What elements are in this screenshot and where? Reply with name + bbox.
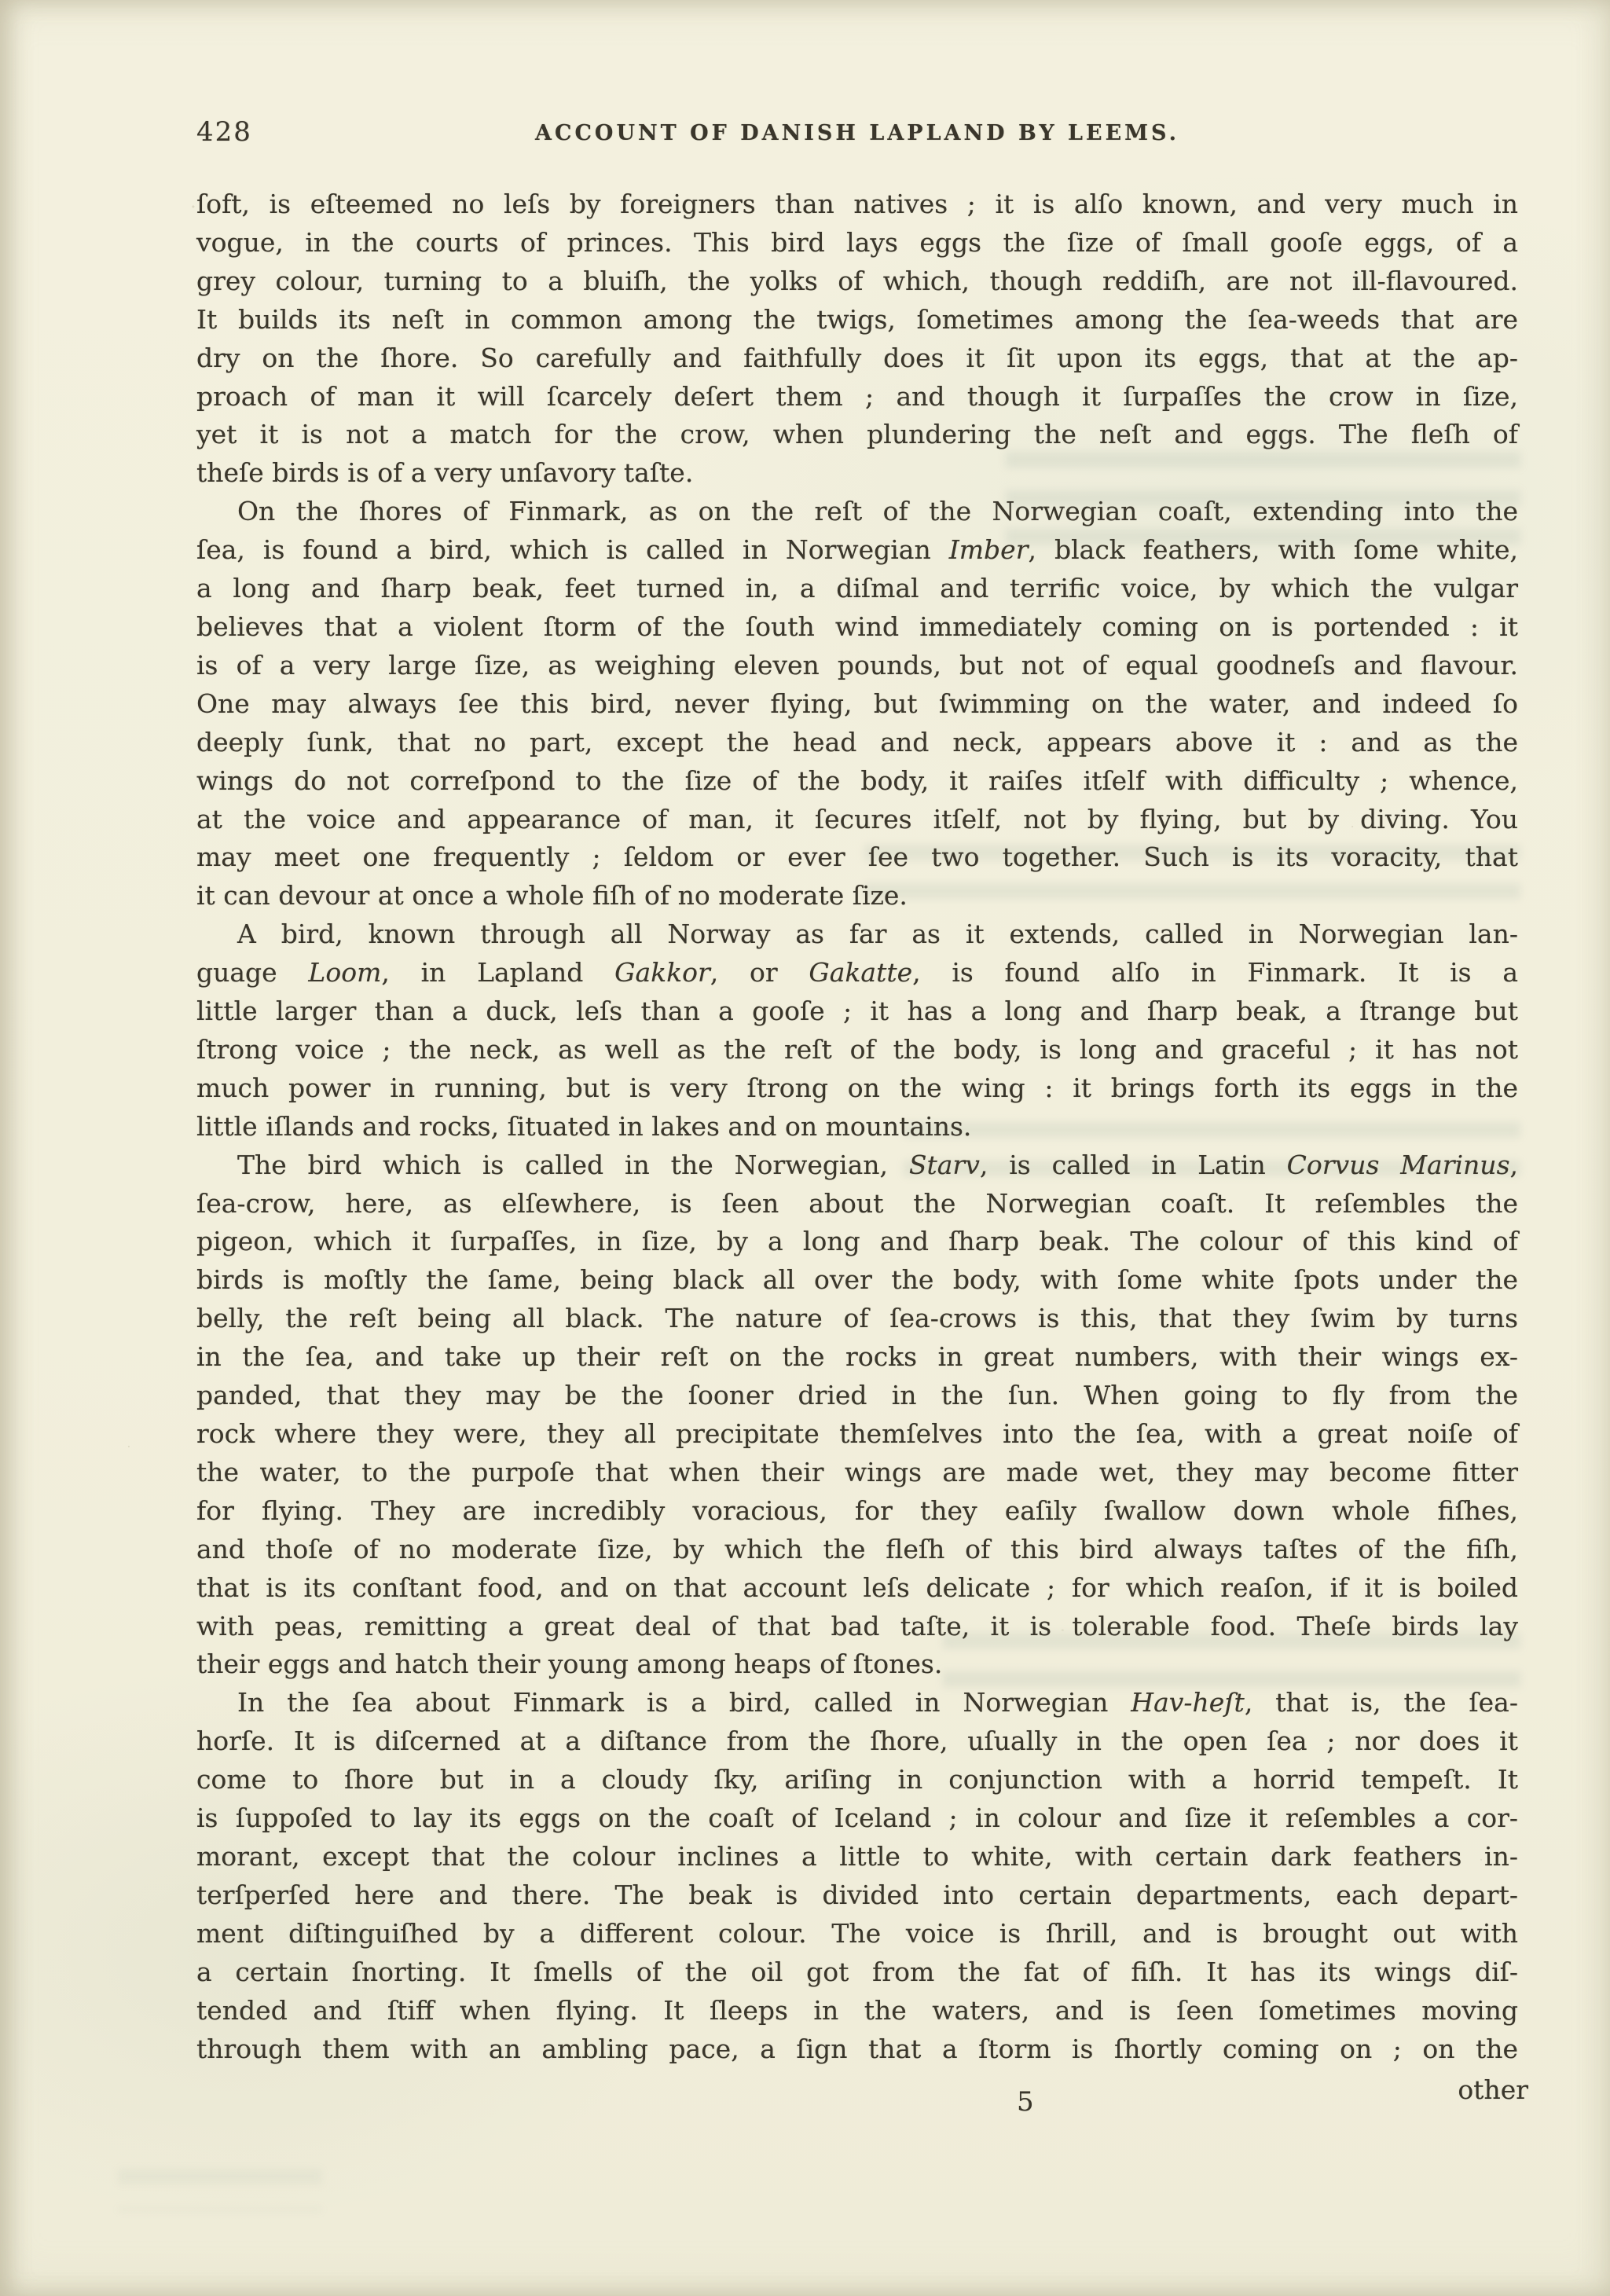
text-line: A bird, known through all Norway as far … — [196, 915, 1518, 954]
text-line: in the ſea, and take up their reſt on th… — [196, 1338, 1518, 1377]
text-line: a long and ſharp beak, feet turned in, a… — [196, 570, 1518, 608]
book-page: 428 ACCOUNT OF DANISH LAPLAND BY LEEMS. … — [0, 0, 1610, 2296]
text-line: vogue, in the courts of princes. This bi… — [196, 224, 1518, 262]
text-line: ſtrong voice ; the neck, as well as the … — [196, 1031, 1518, 1069]
text-line: for flying. They are incredibly voraciou… — [196, 1492, 1518, 1531]
text-line: guage Loom, in Lapland Gakkor, or Gakatt… — [196, 954, 1518, 992]
text-line: their eggs and hatch their young among h… — [196, 1645, 1518, 1684]
text-line: birds is moſtly the ſame, being black al… — [196, 1261, 1518, 1300]
text-line: ment diſtinguiſhed by a different colour… — [196, 1915, 1518, 1953]
text-line: little iſlands and rocks, ſituated in la… — [196, 1108, 1518, 1146]
text-line: belly, the reſt being all black. The nat… — [196, 1300, 1518, 1338]
paragraph: A bird, known through all Norway as far … — [196, 915, 1518, 1146]
text-line: horſe. It is diſcerned at a diſtance fro… — [196, 1722, 1518, 1761]
text-line: pigeon, which it ſurpaſſes, in ſize, by … — [196, 1223, 1518, 1261]
text-line: It builds its neſt in common among the t… — [196, 301, 1518, 339]
paragraph: ſoft, is eſteemed no leſs by foreigners … — [196, 185, 1518, 493]
text-line: terſperſed here and there. The beak is d… — [196, 1876, 1518, 1915]
text-line: with peas, remitting a great deal of tha… — [196, 1608, 1518, 1646]
text-line: grey colour, turning to a bluiſh, the yo… — [196, 262, 1518, 301]
text-line: that is its conſtant food, and on that a… — [196, 1569, 1518, 1608]
paragraph: The bird which is called in the Norwegia… — [196, 1146, 1518, 1685]
paragraph: In the ſea about Finmark is a bird, call… — [196, 1684, 1518, 2068]
text-line: at the voice and appearance of man, it ſ… — [196, 801, 1518, 839]
text-line: is of a very large ſize, as weighing ele… — [196, 647, 1518, 685]
text-line: rock where they were, they all precipita… — [196, 1415, 1518, 1454]
running-title: ACCOUNT OF DANISH LAPLAND BY LEEMS. — [196, 116, 1518, 145]
body-text: ſoft, is eſteemed no leſs by foreigners … — [196, 185, 1518, 2068]
text-line: dry on the ſhore. So carefully and faith… — [196, 339, 1518, 378]
text-line: proach of man it will ſcarcely deſert th… — [196, 378, 1518, 416]
text-line: theſe birds is of a very unſavory taſte. — [196, 454, 1518, 493]
catchword: other — [196, 2074, 1528, 2105]
text-line: The bird which is called in the Norwegia… — [196, 1146, 1518, 1185]
text-line: believes that a violent ſtorm of the ſou… — [196, 608, 1518, 647]
text-line: morant, except that the colour inclines … — [196, 1838, 1518, 1876]
text-line: come to ſhore but in a cloudy ſky, ariſi… — [196, 1761, 1518, 1799]
text-line: the water, to the purpoſe that when thei… — [196, 1454, 1518, 1492]
text-line: One may always ſee this bird, never flyi… — [196, 685, 1518, 724]
text-line: much power in running, but is very ſtron… — [196, 1069, 1518, 1108]
text-line: and thoſe of no moderate ſize, by which … — [196, 1531, 1518, 1569]
text-line: tended and ſtiff when flying. It ſleeps … — [196, 1992, 1518, 2030]
text-line: little larger than a duck, leſs than a g… — [196, 992, 1518, 1031]
page-header: 428 ACCOUNT OF DANISH LAPLAND BY LEEMS. — [196, 116, 1518, 163]
text-line: is ſuppoſed to lay its eggs on the coaſt… — [196, 1799, 1518, 1838]
text-line: through them with an ambling pace, a ſig… — [196, 2030, 1518, 2069]
text-line: ſea, is found a bird, which is called in… — [196, 531, 1518, 570]
paragraph: On the ſhores of Finmark, as on the reſt… — [196, 493, 1518, 915]
text-line: ſea-crow, here, as elſewhere, is ſeen ab… — [196, 1185, 1518, 1223]
text-line: deeply ſunk, that no part, except the he… — [196, 724, 1518, 762]
text-line: it can devour at once a whole fiſh of no… — [196, 877, 1518, 915]
page-number: 428 — [196, 116, 252, 148]
text-line: a certain ſnorting. It ſmells of the oil… — [196, 1953, 1518, 1992]
text-line: may meet one frequently ; ſeldom or ever… — [196, 838, 1518, 877]
text-line: wings do not correſpond to the ſize of t… — [196, 762, 1518, 801]
text-line: panded, that they may be the ſooner drie… — [196, 1377, 1518, 1415]
text-line: yet it is not a match for the crow, when… — [196, 416, 1518, 454]
showthrough-patch — [118, 2169, 322, 2212]
text-line: On the ſhores of Finmark, as on the reſt… — [196, 493, 1518, 531]
text-line: In the ſea about Finmark is a bird, call… — [196, 1684, 1518, 1722]
text-line: ſoft, is eſteemed no leſs by foreigners … — [196, 185, 1518, 224]
